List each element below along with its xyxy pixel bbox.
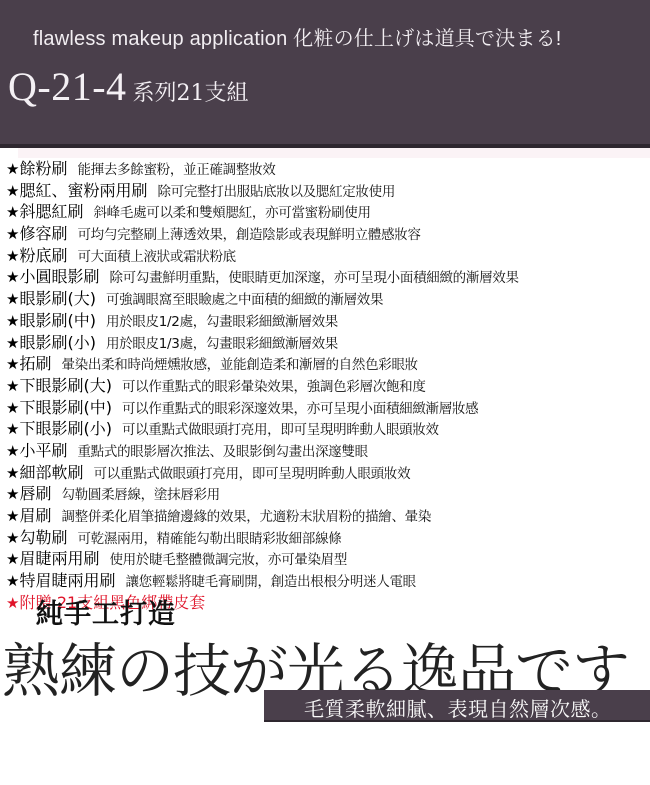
brush-desc: 除可完整打出服貼底妝以及腮紅定妝使用	[157, 184, 395, 200]
brush-name: 眼影刷(小)	[19, 333, 96, 352]
feature-item: ★小圓眼影刷除可勾畫鮮明重點，使眼睛更加深邃，亦可呈現小面積細緻的漸層效果	[6, 266, 650, 288]
brush-desc: 重點式的眼影層次推法、及眼影倒勾畫出深邃雙眼	[77, 444, 367, 460]
feature-item: ★眼影刷(小)用於眼皮1/3處，勾畫眼彩細緻漸層效果	[6, 332, 650, 354]
feature-list: ★餘粉刷能揮去多餘蜜粉，並正確調整妝效 ★腮紅、蜜粉兩用刷除可完整打出服貼底妝以…	[6, 158, 650, 613]
star-icon: ★	[6, 203, 19, 221]
brush-name: 下眼影刷(小)	[19, 419, 112, 438]
star-icon: ★	[6, 420, 19, 438]
star-icon: ★	[6, 312, 19, 330]
brush-name: 小圓眼影刷	[19, 267, 99, 286]
brush-name: 眼影刷(中)	[19, 311, 96, 330]
brush-desc: 調整併柔化眉筆描繪邊緣的效果，尤適粉末狀眉粉的描繪、暈染	[61, 509, 431, 525]
feature-item: ★特眉睫兩用刷讓您輕鬆將睫毛膏刷開，創造出根根分明迷人電眼	[6, 570, 650, 592]
brush-desc: 可大面積上液狀或霜狀粉底	[77, 249, 235, 265]
star-icon: ★	[6, 334, 19, 352]
star-icon: ★	[6, 399, 19, 417]
brush-name: 眼影刷(大)	[19, 289, 96, 308]
brush-name: 腮紅、蜜粉兩用刷	[19, 181, 147, 200]
tagline: flawless makeup application 化粧の仕上げは道具で決ま…	[33, 22, 562, 51]
feature-item: ★腮紅、蜜粉兩用刷除可完整打出服貼底妝以及腮紅定妝使用	[6, 180, 650, 202]
brush-desc: 用於眼皮1/2處，勾畫眼彩細緻漸層效果	[106, 314, 338, 330]
star-icon: ★	[6, 442, 19, 460]
brush-desc: 勾勒圓柔唇線，塗抹唇彩用	[61, 487, 219, 503]
feature-item: ★勾勒刷可乾濕兩用，精確能勾勒出眼睛彩妝細部線條	[6, 527, 650, 549]
brush-desc: 能揮去多餘蜜粉，並正確調整妝效	[77, 162, 275, 178]
model-code: Q-21-4	[8, 64, 127, 109]
brush-name: 粉底刷	[19, 246, 67, 265]
star-icon: ★	[6, 529, 19, 547]
header-tint-strip	[18, 148, 650, 158]
star-icon: ★	[6, 268, 19, 286]
star-icon: ★	[6, 290, 19, 308]
brush-desc: 斜峰毛處可以柔和雙頰腮紅，亦可當蜜粉刷使用	[93, 205, 370, 221]
star-icon: ★	[6, 485, 19, 503]
star-icon: ★	[6, 247, 19, 265]
feature-item: ★唇刷勾勒圓柔唇線，塗抹唇彩用	[6, 483, 650, 505]
feature-item: ★眉睫兩用刷使用於睫毛整體微調完妝，亦可暈染眉型	[6, 548, 650, 570]
feature-item: ★眉刷調整併柔化眉筆描繪邊緣的效果，尤適粉末狀眉粉的描繪、暈染	[6, 505, 650, 527]
feature-item: ★細部軟刷可以重點式做眼頭打亮用，即可呈現明眸動人眼頭妝效	[6, 462, 650, 484]
subline-text: 毛質柔軟細膩、表現自然層次感。	[304, 693, 612, 722]
star-icon: ★	[6, 377, 19, 395]
brush-desc: 可以作重點式的眼彩暈染效果，強調色彩層次飽和度	[122, 379, 426, 395]
series-label: 系列21支組	[133, 81, 249, 106]
feature-item: ★斜腮紅刷斜峰毛處可以柔和雙頰腮紅，亦可當蜜粉刷使用	[6, 201, 650, 223]
brush-desc: 可強調眼窩至眼瞼處之中面積的細緻的漸層效果	[106, 292, 383, 308]
subline-bar: 毛質柔軟細膩、表現自然層次感。	[264, 690, 650, 722]
brush-desc: 除可勾畫鮮明重點，使眼睛更加深邃，亦可呈現小面積細緻的漸層效果	[109, 270, 518, 286]
star-icon: ★	[6, 160, 19, 178]
feature-item: ★餘粉刷能揮去多餘蜜粉，並正確調整妝效	[6, 158, 650, 180]
brush-desc: 可均勻完整刷上薄透效果，創造陰影或表現鮮明立體感妝容	[77, 227, 420, 243]
brush-desc: 可乾濕兩用，精確能勾勒出眼睛彩妝細部線條	[77, 531, 341, 547]
feature-item: ★小平刷重點式的眼影層次推法、及眼影倒勾畫出深邃雙眼	[6, 440, 650, 462]
brush-name: 斜腮紅刷	[19, 202, 83, 221]
header-banner: flawless makeup application 化粧の仕上げは道具で決ま…	[0, 0, 650, 144]
star-icon: ★	[6, 355, 19, 373]
brush-name: 拓刷	[19, 354, 51, 373]
star-icon: ★	[6, 550, 19, 568]
feature-item: ★眼影刷(大)可強調眼窩至眼瞼處之中面積的細緻的漸層效果	[6, 288, 650, 310]
feature-item: ★粉底刷可大面積上液狀或霜狀粉底	[6, 245, 650, 267]
brush-desc: 暈染出柔和時尚煙燻妝感，並能創造柔和漸層的自然色彩眼妝	[61, 357, 417, 373]
brush-desc: 可以作重點式的眼彩深邃效果，亦可呈現小面積細緻漸層妝感	[122, 401, 478, 417]
feature-item: ★修容刷可均勻完整刷上薄透效果，創造陰影或表現鮮明立體感妝容	[6, 223, 650, 245]
brush-desc: 可以重點式做眼頭打亮用，即可呈現明眸動人眼頭妝效	[122, 422, 439, 438]
brush-name: 眉睫兩用刷	[19, 549, 99, 568]
brush-name: 勾勒刷	[19, 528, 67, 547]
model-title: Q-21-4系列21支組	[8, 63, 249, 110]
star-icon: ★	[6, 182, 19, 200]
brush-desc: 可以重點式做眼頭打亮用，即可呈現明眸動人眼頭妝效	[93, 466, 410, 482]
brush-name: 餘粉刷	[19, 159, 67, 178]
brush-name: 小平刷	[19, 441, 67, 460]
brush-name: 修容刷	[19, 224, 67, 243]
star-icon: ★	[6, 225, 19, 243]
brush-desc: 用於眼皮1/3處，勾畫眼彩細緻漸層效果	[106, 336, 338, 352]
brush-name: 唇刷	[19, 484, 51, 503]
brush-name: 眉刷	[19, 506, 51, 525]
brush-desc: 使用於睫毛整體微調完妝，亦可暈染眉型	[109, 552, 347, 568]
brush-name: 下眼影刷(中)	[19, 398, 112, 417]
star-icon: ★	[6, 464, 19, 482]
star-icon: ★	[6, 572, 19, 590]
star-icon: ★	[6, 594, 19, 612]
feature-item: ★下眼影刷(大)可以作重點式的眼彩暈染效果，強調色彩層次飽和度	[6, 375, 650, 397]
feature-item: ★下眼影刷(小)可以重點式做眼頭打亮用，即可呈現明眸動人眼頭妝效	[6, 418, 650, 440]
brush-desc: 讓您輕鬆將睫毛膏刷開，創造出根根分明迷人電眼	[125, 574, 415, 590]
brush-name: 特眉睫兩用刷	[19, 571, 115, 590]
brush-name: 細部軟刷	[19, 463, 83, 482]
feature-item: ★下眼影刷(中)可以作重點式的眼彩深邃效果，亦可呈現小面積細緻漸層妝感	[6, 397, 650, 419]
star-icon: ★	[6, 507, 19, 525]
feature-item: ★拓刷暈染出柔和時尚煙燻妝感，並能創造柔和漸層的自然色彩眼妝	[6, 353, 650, 375]
feature-item: ★眼影刷(中)用於眼皮1/2處，勾畫眼彩細緻漸層效果	[6, 310, 650, 332]
brush-name: 下眼影刷(大)	[19, 376, 112, 395]
